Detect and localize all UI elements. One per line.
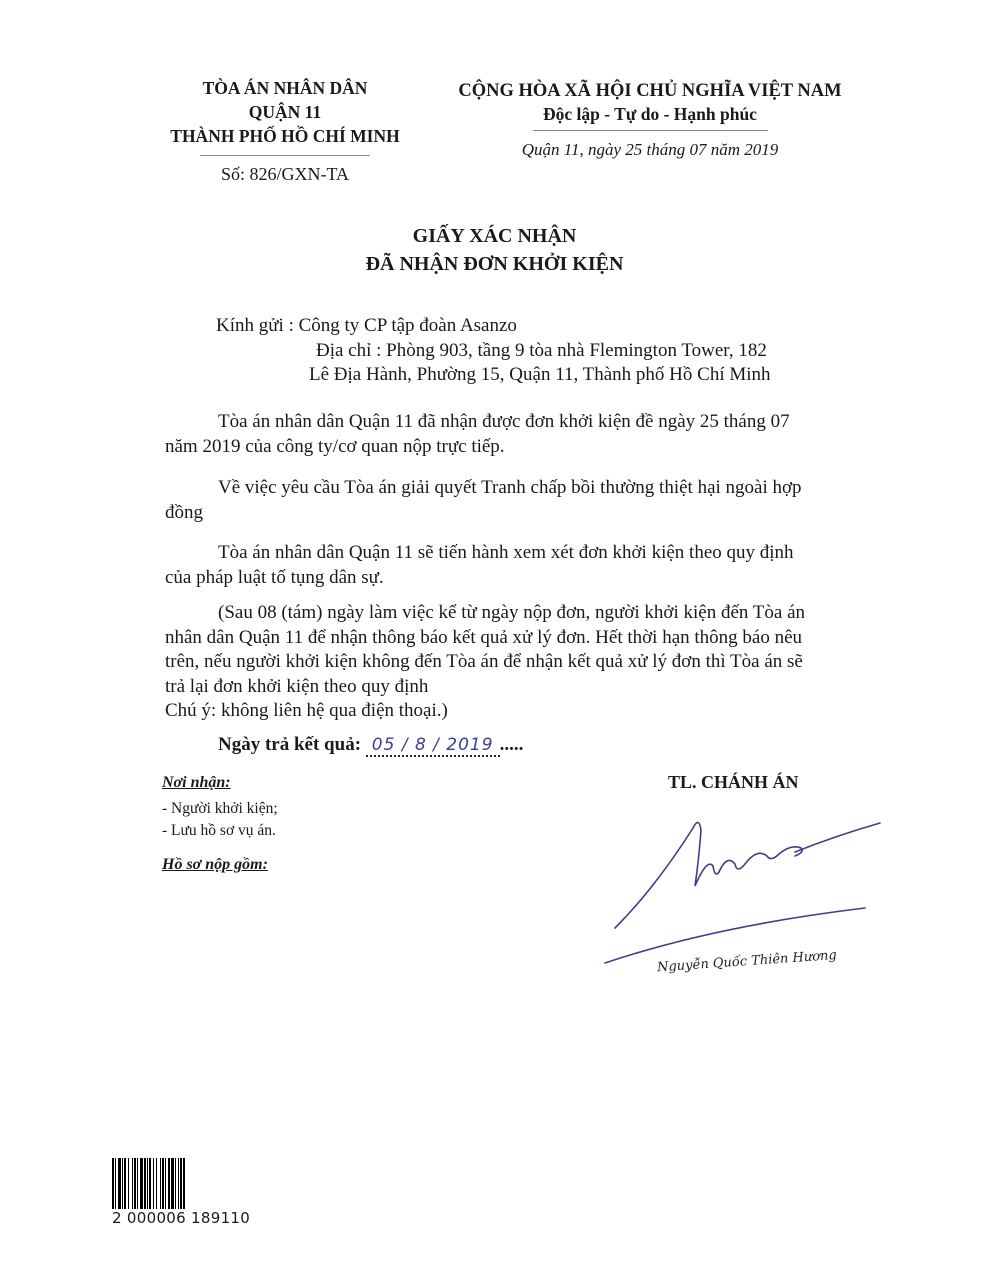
return-date-label: Ngày trả kết quả: bbox=[218, 734, 366, 755]
barcode: 2 000006 189110 bbox=[112, 1158, 272, 1228]
recipient-line1: Kính gửi : Công ty CP tập đoàn Asanzo bbox=[216, 314, 771, 339]
recipient-block: Kính gửi : Công ty CP tập đoàn Asanzo Đị… bbox=[216, 314, 771, 388]
signer-name: Nguyễn Quốc Thiên Hương bbox=[656, 947, 838, 976]
national-header: CỘNG HÒA XÃ HỘI CHỦ NGHĨA VIỆT NAM Độc l… bbox=[430, 79, 870, 160]
paragraph-line: Về việc yêu cầu Tòa án giải quyết Tranh … bbox=[165, 476, 865, 501]
paragraph-notice: (Sau 08 (tám) ngày làm việc kể từ ngày n… bbox=[165, 601, 865, 724]
paragraph-subject: Về việc yêu cầu Tòa án giải quyết Tranh … bbox=[165, 476, 865, 525]
title-line2: ĐÃ NHẬN ĐƠN KHỞI KIỆN bbox=[0, 250, 989, 278]
document-title: GIẤY XÁC NHẬN ĐÃ NHẬN ĐƠN KHỞI KIỆN bbox=[0, 222, 989, 278]
recipients-heading: Nơi nhận: bbox=[162, 772, 278, 794]
dossier-heading: Hồ sơ nộp gồm: bbox=[162, 854, 278, 876]
court-name-line2: QUẬN 11 bbox=[130, 100, 440, 124]
place-date: Quận 11, ngày 25 tháng 07 năm 2019 bbox=[430, 140, 870, 160]
recipient-address-line1: Địa chỉ : Phòng 903, tầng 9 tòa nhà Flem… bbox=[216, 339, 771, 364]
court-header: TÒA ÁN NHÂN DÂN QUẬN 11 THÀNH PHỐ HỒ CHÍ… bbox=[130, 76, 440, 186]
barcode-bars bbox=[112, 1158, 272, 1210]
paragraph-line: trả lại đơn khởi kiện theo quy định bbox=[165, 675, 865, 700]
recipient-address-line2: Lê Địa Hành, Phường 15, Quận 11, Thành p… bbox=[216, 363, 771, 388]
barcode-number: 2 000006 189110 bbox=[112, 1209, 250, 1227]
paragraph-line: nhân dân Quận 11 để nhận thông báo kết q… bbox=[165, 626, 865, 651]
signer-title: TL. CHÁNH ÁN bbox=[668, 772, 799, 793]
paragraph-received: Tòa án nhân dân Quận 11 đã nhận được đơn… bbox=[165, 410, 865, 459]
title-line1: GIẤY XÁC NHẬN bbox=[0, 222, 989, 250]
paragraph-line: Tòa án nhân dân Quận 11 sẽ tiến hành xem… bbox=[165, 541, 865, 566]
paragraph-line: Tòa án nhân dân Quận 11 đã nhận được đơn… bbox=[165, 410, 865, 435]
signature-icon: Nguyễn Quốc Thiên Hương bbox=[595, 808, 895, 988]
national-motto: Độc lập - Tự do - Hạnh phúc bbox=[430, 103, 870, 125]
document-number: Số: 826/GXN-TA bbox=[130, 162, 440, 186]
signature: Nguyễn Quốc Thiên Hương bbox=[595, 808, 895, 988]
paragraph-line: của pháp luật tố tụng dân sự. bbox=[165, 566, 865, 591]
court-name-line1: TÒA ÁN NHÂN DÂN bbox=[130, 76, 440, 100]
motto-divider bbox=[533, 130, 768, 131]
recipients-list: Nơi nhận: - Người khởi kiện; - Lưu hồ sơ… bbox=[162, 772, 278, 880]
paragraph-line: trên, nếu người khởi kiện không đến Tòa … bbox=[165, 650, 865, 675]
paragraph-line: đồng bbox=[165, 501, 865, 526]
court-name-line3: THÀNH PHỐ HỒ CHÍ MINH bbox=[130, 124, 440, 148]
return-date-dots: ..... bbox=[500, 734, 524, 755]
recipient-item: - Lưu hồ sơ vụ án. bbox=[162, 820, 278, 842]
paragraph-line: (Sau 08 (tám) ngày làm việc kể từ ngày n… bbox=[165, 601, 865, 626]
paragraph-line: Chú ý: không liên hệ qua điện thoại.) bbox=[165, 699, 865, 724]
recipient-item: - Người khởi kiện; bbox=[162, 798, 278, 820]
return-date-value: 05 / 8 / 2019 bbox=[366, 735, 500, 757]
paragraph-line: năm 2019 của công ty/cơ quan nộp trực ti… bbox=[165, 435, 865, 460]
nation-title: CỘNG HÒA XÃ HỘI CHỦ NGHĨA VIỆT NAM bbox=[430, 79, 870, 103]
header-divider bbox=[200, 155, 370, 156]
return-date: Ngày trả kết quả: 05 / 8 / 2019..... bbox=[218, 734, 523, 756]
paragraph-review: Tòa án nhân dân Quận 11 sẽ tiến hành xem… bbox=[165, 541, 865, 590]
